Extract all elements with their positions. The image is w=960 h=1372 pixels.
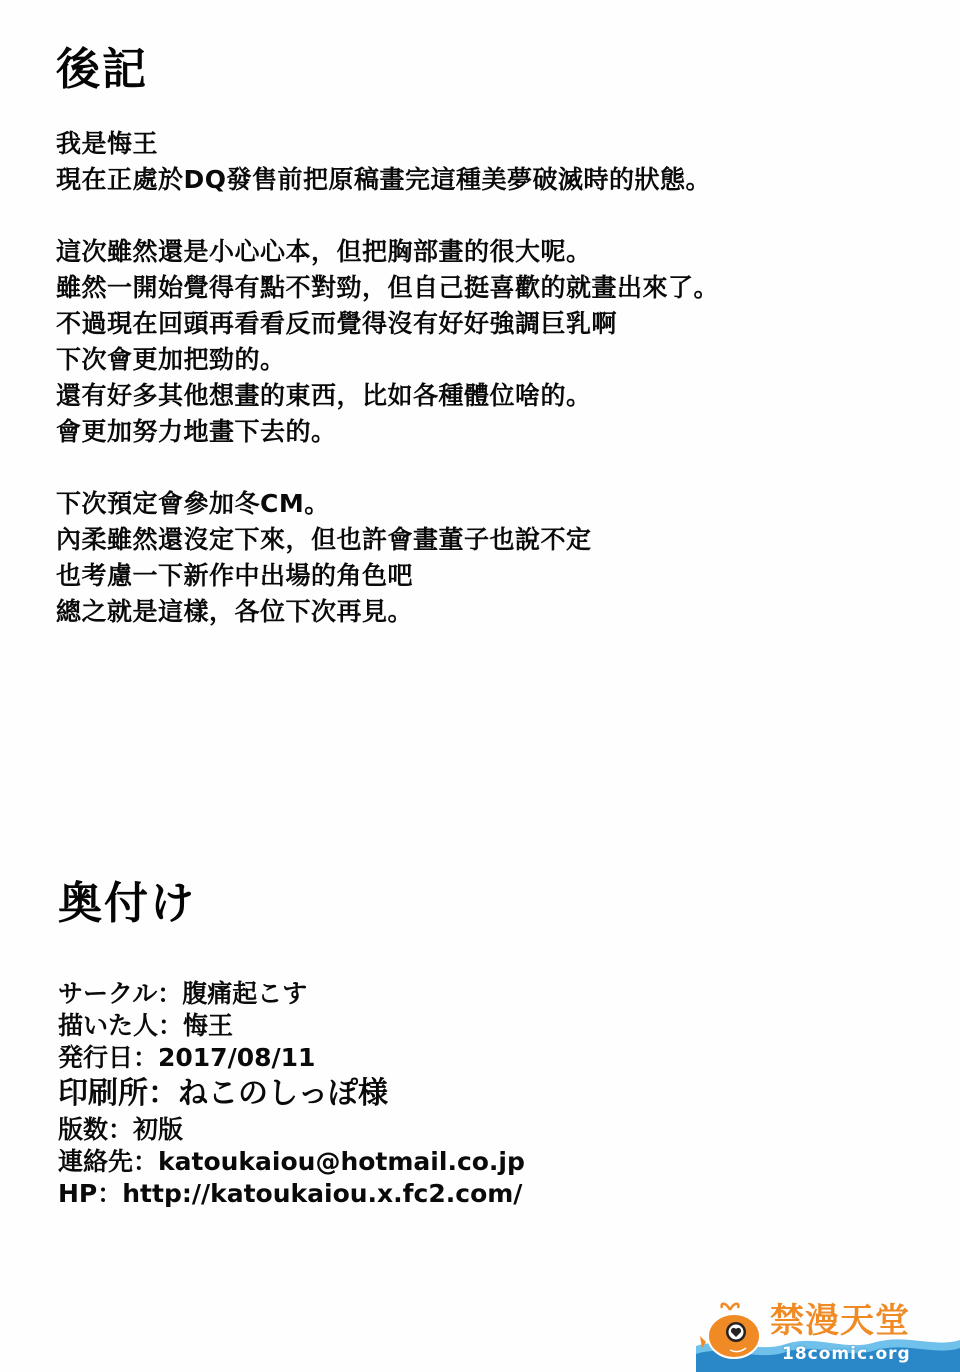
colophon-edition: 版数：初版 xyxy=(58,1114,758,1146)
whale-mascot-icon xyxy=(700,1298,764,1362)
afterword-body: 我是悔王 現在正處於DQ發售前把原稿畫完這種美夢破滅時的狀態。 這次雖然還是小心… xyxy=(56,126,916,630)
colophon-circle: サークル：腹痛起こす xyxy=(58,978,758,1010)
afterword-line: 總之就是這樣，各位下次再見。 xyxy=(56,594,916,630)
afterword-heading: 後記 xyxy=(56,48,148,92)
colophon-body: サークル：腹痛起こす 描いた人：悔王 発行日：2017/08/11 印刷所：ねこ… xyxy=(58,978,758,1210)
colophon-issue-date: 発行日：2017/08/11 xyxy=(58,1042,758,1074)
colophon-artist: 描いた人：悔王 xyxy=(58,1010,758,1042)
site-watermark: 禁漫天堂 18comic.org xyxy=(696,1290,960,1372)
afterword-line: 也考慮一下新作中出場的角色吧 xyxy=(56,558,916,594)
afterword-line: 雖然一開始覺得有點不對勁，但自己挺喜歡的就畫出來了。 xyxy=(56,270,916,306)
afterword-line: 現在正處於DQ發售前把原稿畫完這種美夢破滅時的狀態。 xyxy=(56,162,916,198)
colophon-heading: 奥付け xyxy=(58,882,196,926)
colophon-printer: 印刷所：ねこのしっぽ様 xyxy=(58,1074,758,1114)
watermark-url: 18comic.org xyxy=(782,1346,911,1363)
paragraph-gap xyxy=(56,450,916,486)
afterword-line: 下次預定會參加冬CM。 xyxy=(56,486,916,522)
afterword-line: 內柔雖然還沒定下來，但也許會畫董子也說不定 xyxy=(56,522,916,558)
colophon-contact: 連絡先：katoukaiou@hotmail.co.jp xyxy=(58,1146,758,1178)
afterword-line: 這次雖然還是小心心本，但把胸部畫的很大呢。 xyxy=(56,234,916,270)
colophon-homepage: HP：http://katoukaiou.x.fc2.com/ xyxy=(58,1178,758,1210)
book-page: 後記 我是悔王 現在正處於DQ發售前把原稿畫完這種美夢破滅時的狀態。 這次雖然還… xyxy=(0,0,960,1372)
afterword-line: 不過現在回頭再看看反而覺得沒有好好強調巨乳啊 xyxy=(56,306,916,342)
afterword-line: 我是悔王 xyxy=(56,126,916,162)
paragraph-gap xyxy=(56,198,916,234)
afterword-line: 還有好多其他想畫的東西，比如各種體位啥的。 xyxy=(56,378,916,414)
watermark-title: 禁漫天堂 xyxy=(770,1304,910,1338)
afterword-line: 下次會更加把勁的。 xyxy=(56,342,916,378)
afterword-line: 會更加努力地畫下去的。 xyxy=(56,414,916,450)
